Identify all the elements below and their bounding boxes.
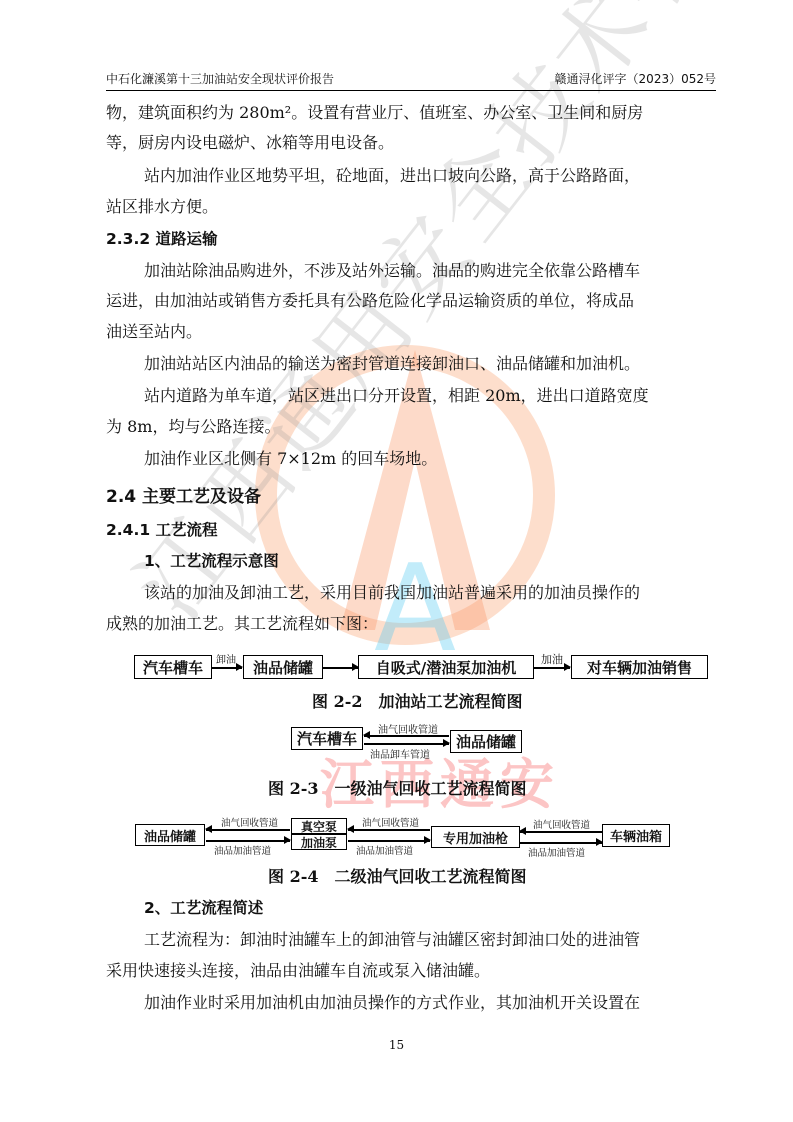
page-header: 中石化濂溪第十三加油站安全现状评价报告 赣通浔化评字（2023）052号 <box>106 66 716 91</box>
arrow-right-icon <box>212 667 242 669</box>
paragraph-line: 油送至站内。 <box>106 322 718 342</box>
paragraph-line: 运进，由加油站或销售方委托具有公路危险化学品运输资质的单位，将成品 <box>106 291 718 311</box>
flow-box-vehicle-tank: 车辆油箱 <box>602 824 670 847</box>
flow-box-dispenser: 自吸式/潜油泵加油机 <box>358 655 534 679</box>
paragraph-line: 为 8m，均与公路连接。 <box>106 417 718 437</box>
page-number: 15 <box>0 1038 793 1052</box>
arrow-left-icon <box>520 831 602 833</box>
section-heading-2-4-1: 2.4.1 工艺流程 <box>106 520 718 540</box>
paragraph-line: 成熟的加油工艺。其工艺流程如下图： <box>106 614 718 634</box>
subheading-flow-diagram: 1、工艺流程示意图 <box>144 551 718 571</box>
flow-box-storage-tank: 油品储罐 <box>243 655 323 679</box>
paragraph-line: 加油站站区内油品的输送为密封管道连接卸油口、油品储罐和加油机。 <box>144 354 718 374</box>
flow-box-sales: 对车辆加油销售 <box>571 655 708 679</box>
paragraph-line: 该站的加油及卸油工艺，采用目前我国加油站普遍采用的加油员操作的 <box>144 583 718 603</box>
arrow-label-bottom: 油品加油管道 <box>356 843 413 857</box>
header-report-number: 赣通浔化评字（2023）052号 <box>555 70 716 87</box>
figure-caption: 图 2-3 一级油气回收工艺流程简图 <box>268 776 526 799</box>
paragraph-line: 站内道路为单车道，站区进出口分开设置，相距 20m，进出口道路宽度 <box>144 386 718 406</box>
paragraph-line: 站内加油作业区地势平坦，砼地面，进出口坡向公路，高于公路路面， <box>144 166 718 186</box>
arrow-label-bottom: 油品加油管道 <box>528 845 585 859</box>
arrow-label-top: 油气回收管道 <box>221 815 278 829</box>
figure-caption: 图 2-2 加油站工艺流程简图 <box>312 689 522 712</box>
paragraph-line: 采用快速接头连接，油品由油罐车自流或泵入储油罐。 <box>106 961 718 981</box>
document-page: A 江西通用安全技术有限公司 江西通安 中石化濂溪第十三加油站安全现状评价报告 … <box>0 0 793 1122</box>
arrow-left-icon <box>206 829 290 831</box>
arrow-label-top: 油气回收管道 <box>362 815 419 829</box>
flow-box-nozzle: 专用加油枪 <box>431 826 520 848</box>
arrow-right-icon <box>348 840 430 842</box>
arrow-right-icon <box>364 743 449 745</box>
arrow-label: 加油 <box>541 651 563 667</box>
arrow-right-icon <box>206 840 290 842</box>
arrow-label: 卸油 <box>216 651 236 666</box>
figure-caption: 图 2-4 二级油气回收工艺流程简图 <box>268 864 526 887</box>
paragraph-line: 加油作业时采用加油机由加油员操作的方式作业，其加油机开关设置在 <box>144 993 718 1013</box>
paragraph-line: 等，厨房内设电磁炉、冰箱等用电设备。 <box>106 133 718 153</box>
paragraph-line: 加油作业区北侧有 7×12m 的回车场地。 <box>144 449 718 469</box>
flow-box-vacuum-pump: 真空泵 <box>291 818 347 834</box>
flow-box-storage-tank: 油品储罐 <box>450 730 522 753</box>
paragraph-line: 站区排水方便。 <box>106 197 718 217</box>
arrow-label-bottom: 油品卸车管道 <box>370 746 430 761</box>
header-report-title: 中石化濂溪第十三加油站安全现状评价报告 <box>106 70 334 87</box>
arrow-label-bottom: 油品加油管道 <box>214 843 271 857</box>
arrow-left-icon <box>364 735 449 737</box>
arrow-label-top: 油气回收管道 <box>533 817 590 831</box>
arrow-right-icon <box>323 667 358 669</box>
flow-box-tanker: 汽车槽车 <box>291 727 363 750</box>
flow-box-tanker: 汽车槽车 <box>134 655 212 679</box>
arrow-right-icon <box>520 842 602 844</box>
flow-box-storage-tank: 油品储罐 <box>135 824 205 846</box>
subheading-flow-description: 2、工艺流程简述 <box>144 898 718 918</box>
paragraph-line: 物，建筑面积约为 280m²。设置有营业厅、值班室、办公室、卫生间和厨房 <box>106 103 718 123</box>
watermark-company-text: 江西通用安全技术有限公司 <box>100 0 793 641</box>
section-heading-2-3-2: 2.3.2 道路运输 <box>106 229 718 249</box>
arrow-label-top: 油气回收管道 <box>378 721 438 736</box>
section-heading-2-4: 2.4 主要工艺及设备 <box>106 487 718 507</box>
arrow-left-icon <box>348 829 430 831</box>
paragraph-line: 加油站除油品购进外，不涉及站外运输。油品的购进完全依靠公路槽车 <box>144 261 718 281</box>
flow-box-fuel-pump: 加油泵 <box>291 834 347 850</box>
arrow-right-icon <box>534 667 570 669</box>
paragraph-line: 工艺流程为：卸油时油罐车上的卸油管与油罐区密封卸油口处的进油管 <box>144 930 718 950</box>
